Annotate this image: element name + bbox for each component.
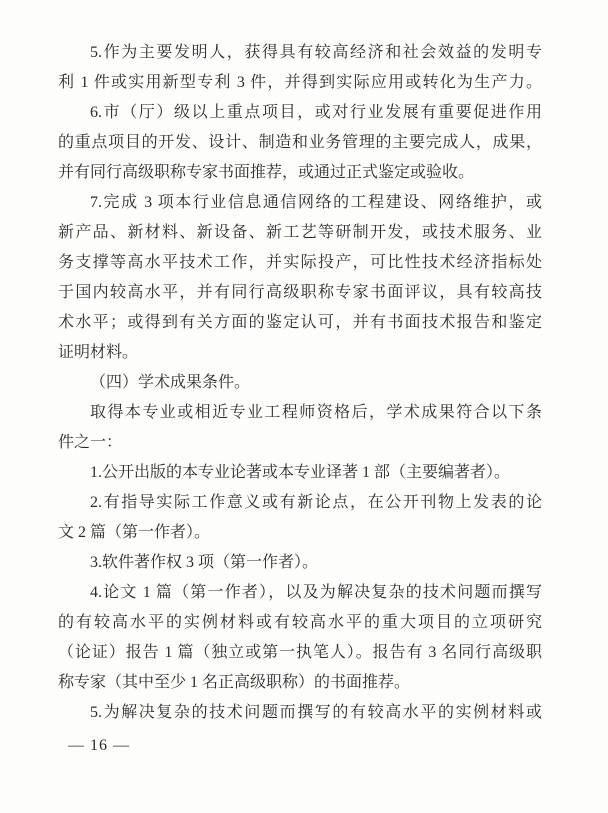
text-line: 5.为解决复杂的技术问题而撰写的有较高水平的实例材料或 [58, 698, 542, 728]
text-line: 4.论文 1 篇（第一作者），以及为解决复杂的技术问题而撰写 [58, 578, 542, 608]
text-line: 2.有指导实际工作意义或有新论点，在公开刊物上发表的论 [58, 488, 542, 518]
text-line: 于国内较高水平，并有同行高级职称专家书面评议，具有较高技 [58, 278, 542, 308]
document-page: 5.作为主要发明人，获得具有较高经济和社会效益的发明专利 1 件或实用新型专利 … [0, 0, 608, 813]
text-line: 利 1 件或实用新型专利 3 件，并得到实际应用或转化为生产力。 [58, 68, 542, 98]
text-line: 新产品、新材料、新设备、新工艺等研制开发，或技术服务、业 [58, 218, 542, 248]
text-line: 件之一： [58, 428, 542, 458]
text-line: 务支撑等高水平技术工作，并实际投产，可比性技术经济指标处 [58, 248, 542, 278]
text-line: 称专家（其中至少 1 名正高级职称）的书面推荐。 [58, 668, 542, 698]
text-line: 文 2 篇（第一作者）。 [58, 518, 542, 548]
page-number: — 16 — [68, 737, 130, 754]
text-line: 证明材料。 [58, 338, 542, 368]
page-footer: — 16 — [68, 736, 130, 756]
text-line: 的有较高水平的实例材料或有较高水平的重大项目的立项研究 [58, 608, 542, 638]
document-body: 5.作为主要发明人，获得具有较高经济和社会效益的发明专利 1 件或实用新型专利 … [58, 38, 542, 728]
text-line: 5.作为主要发明人，获得具有较高经济和社会效益的发明专 [58, 38, 542, 68]
text-line: 并有同行高级职称专家书面推荐，或通过正式鉴定或验收。 [58, 158, 542, 188]
text-line: 3.软件著作权 3 项（第一作者）。 [58, 548, 542, 578]
text-line: 取得本专业或相近专业工程师资格后，学术成果符合以下条 [58, 398, 542, 428]
text-line: （四）学术成果条件。 [58, 368, 542, 398]
text-line: 术水平；或得到有关方面的鉴定认可，并有书面技术报告和鉴定 [58, 308, 542, 338]
text-line: （论证）报告 1 篇（独立或第一执笔人）。报告有 3 名同行高级职 [58, 638, 542, 668]
text-line: 的重点项目的开发、设计、制造和业务管理的主要完成人，成果， [58, 128, 542, 158]
text-line: 1.公开出版的本专业论著或本专业译著 1 部（主要编著者）。 [58, 458, 542, 488]
text-line: 7.完成 3 项本行业信息通信网络的工程建设、网络维护，或 [58, 188, 542, 218]
text-line: 6.市（厅）级以上重点项目，或对行业发展有重要促进作用 [58, 98, 542, 128]
